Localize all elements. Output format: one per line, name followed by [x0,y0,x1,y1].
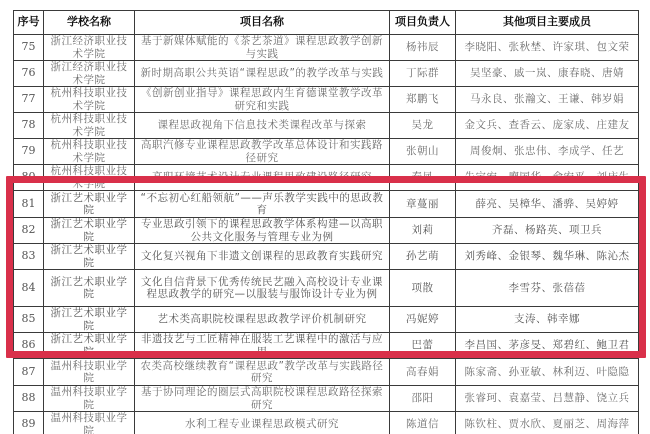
cell-members: 齐磊、杨路英、项卫兵 [456,218,639,244]
cell-leader: 杨祎辰 [390,35,456,61]
cell-leader: 邵阳 [390,386,456,412]
cell-project: 专业思政引领下的课程思政教学体系构建—以高职公共文化服务与管理专业为例 [135,218,390,244]
cell-index: 75 [14,35,44,61]
table-row: 88 温州科技职业学院 基于协同理论的圈层式高职院校课程思政路径探索研究 邵阳 … [14,386,639,412]
cell-leader: 陈道信 [390,412,456,434]
cell-project: 《创新创业指导》课程思政内生育德课堂教学改革研究和实践 [135,87,390,113]
cell-project: 艺术类高职院校课程思政教学评价机制研究 [135,307,390,333]
table-row-highlighted: 86 浙江艺术职业学院 非遗技艺与工匠精神在服装工艺课程中的激活与应用 巴蕾 李… [14,333,639,359]
cell-members: 支涛、韩幸娜 [456,307,639,333]
cell-school: 浙江艺术职业学院 [44,270,135,307]
cell-members: 刘秀峰、金银琴、魏华琳、陈沁杰 [456,244,639,270]
cell-project: 课程思政视角下信息技术类课程改革与探索 [135,113,390,139]
table-row-highlighted: 82 浙江艺术职业学院 专业思政引领下的课程思政教学体系构建—以高职公共文化服务… [14,218,639,244]
cell-leader: 章蔓丽 [390,191,456,218]
cell-index: 83 [14,244,44,270]
cell-members: 周俊炯、张忠伟、李成学、任艺 [456,139,639,165]
cell-index: 79 [14,139,44,165]
table-row: 79 杭州科技职业技术学院 高职汽修专业课程思政教学改革总体设计和实践路径研究 … [14,139,639,165]
cell-index: 84 [14,270,44,307]
cell-school: 杭州科技职业技术学院 [44,113,135,139]
cell-leader: 吴龙 [390,113,456,139]
table-row-highlighted: 83 浙江艺术职业学院 文化复兴视角下非遗文创课程的思政教育实践研究 孙艺萌 刘… [14,244,639,270]
cell-members: 吴坚豪、戚一岚、康春晓、唐婧 [456,61,639,87]
cell-leader: 丁际群 [390,61,456,87]
table-row-highlighted: 85 浙江艺术职业学院 艺术类高职院校课程思政教学评价机制研究 冯妮婷 支涛、韩… [14,307,639,333]
cell-project: 新时期高职公共英语“课程思政”的教学改革与实践 [135,61,390,87]
cell-members: 金文兵、查香云、庞家成、庄建友 [456,113,639,139]
cell-project: 高职环境艺术设计专业课程思政建设路径研究 [135,165,390,191]
table-row: 75 浙江经济职业技术学院 基于新媒体赋能的《茶艺茶道》课程思政教学创新与实践 … [14,35,639,61]
table-row-highlighted: 81 浙江艺术职业学院 “不忘初心红船领航”——声乐教学实践中的思政教育 章蔓丽… [14,191,639,218]
header-school: 学校名称 [44,11,135,35]
cell-leader: 张朝山 [390,139,456,165]
cell-leader: 秦凤 [390,165,456,191]
cell-school: 温州科技职业学院 [44,412,135,434]
cell-leader: 冯妮婷 [390,307,456,333]
cell-leader: 项散 [390,270,456,307]
cell-leader: 巴蕾 [390,333,456,359]
cell-index: 87 [14,359,44,386]
header-members: 其他项目主要成员 [456,11,639,35]
project-table: 序号 学校名称 项目名称 项目负责人 其他项目主要成员 75 浙江经济职业技术学… [13,10,639,434]
table-row: 78 杭州科技职业技术学院 课程思政视角下信息技术类课程改革与探索 吴龙 金文兵… [14,113,639,139]
cell-project: 高职汽修专业课程思政教学改革总体设计和实践路径研究 [135,139,390,165]
cell-school: 浙江艺术职业学院 [44,218,135,244]
table-header-row: 序号 学校名称 项目名称 项目负责人 其他项目主要成员 [14,11,639,35]
cell-index: 76 [14,61,44,87]
cell-leader: 高春娟 [390,359,456,386]
table-row: 89 温州科技职业学院 水利工程专业课程思政模式研究 陈道信 陈钦柱、贾水欣、夏… [14,412,639,434]
header-project: 项目名称 [135,11,390,35]
cell-school: 杭州科技职业技术学院 [44,139,135,165]
cell-school: 浙江艺术职业学院 [44,191,135,218]
cell-school: 杭州科技职业技术学院 [44,165,135,191]
cell-index: 89 [14,412,44,434]
cell-project: 基于新媒体赋能的《茶艺茶道》课程思政教学创新与实践 [135,35,390,61]
cell-project: 水利工程专业课程思政模式研究 [135,412,390,434]
cell-index: 81 [14,191,44,218]
cell-members: 朱宝宏、廖国华、俞安平、刘庆生 [456,165,639,191]
cell-index: 77 [14,87,44,113]
cell-index: 88 [14,386,44,412]
table-row: 80 杭州科技职业技术学院 高职环境艺术设计专业课程思政建设路径研究 秦凤 朱宝… [14,165,639,191]
cell-index: 80 [14,165,44,191]
cell-project: 非遗技艺与工匠精神在服装工艺课程中的激活与应用 [135,333,390,359]
cell-leader: 孙艺萌 [390,244,456,270]
cell-members: 李雪芬、张蓓蓓 [456,270,639,307]
table-row-highlighted: 84 浙江艺术职业学院 文化自信背景下优秀传统民艺融入高校设计专业课程思政教学的… [14,270,639,307]
cell-school: 温州科技职业学院 [44,359,135,386]
cell-members: 张睿珂、袁嘉莹、吕慧静、饶立兵 [456,386,639,412]
cell-members: 薛亮、吴樟华、潘骅、吴婷婷 [456,191,639,218]
cell-leader: 刘莉 [390,218,456,244]
cell-index: 85 [14,307,44,333]
header-index: 序号 [14,11,44,35]
header-leader: 项目负责人 [390,11,456,35]
table-row: 76 浙江经济职业技术学院 新时期高职公共英语“课程思政”的教学改革与实践 丁际… [14,61,639,87]
cell-school: 浙江经济职业技术学院 [44,35,135,61]
cell-index: 86 [14,333,44,359]
cell-school: 杭州科技职业技术学院 [44,87,135,113]
cell-index: 78 [14,113,44,139]
cell-project: “不忘初心红船领航”——声乐教学实践中的思政教育 [135,191,390,218]
cell-index: 82 [14,218,44,244]
cell-school: 温州科技职业学院 [44,386,135,412]
cell-project: 文化复兴视角下非遗文创课程的思政教育实践研究 [135,244,390,270]
cell-school: 浙江艺术职业学院 [44,244,135,270]
cell-members: 陈钦柱、贾水欣、夏丽芝、周海萍 [456,412,639,434]
cell-members: 马永良、张瀚文、王谦、韩岁娟 [456,87,639,113]
cell-school: 浙江艺术职业学院 [44,307,135,333]
cell-school: 浙江艺术职业学院 [44,333,135,359]
table-row: 77 杭州科技职业技术学院 《创新创业指导》课程思政内生育德课堂教学改革研究和实… [14,87,639,113]
cell-members: 李晓阳、张秋埜、许家琪、包文荣 [456,35,639,61]
cell-members: 陈家斋、孙亚敏、林利迈、叶隐隐 [456,359,639,386]
cell-school: 浙江经济职业技术学院 [44,61,135,87]
cell-leader: 郑鹏飞 [390,87,456,113]
table-row: 87 温州科技职业学院 农类高校继续教育“课程思政”教学改革与实践路径研究 高春… [14,359,639,386]
cell-project: 农类高校继续教育“课程思政”教学改革与实践路径研究 [135,359,390,386]
cell-project: 文化自信背景下优秀传统民艺融入高校设计专业课程思政教学的研究—以服装与服饰设计专… [135,270,390,307]
cell-project: 基于协同理论的圈层式高职院校课程思政路径探索研究 [135,386,390,412]
cell-members: 李昌国、茅彦旻、郑碧红、鲍卫君 [456,333,639,359]
